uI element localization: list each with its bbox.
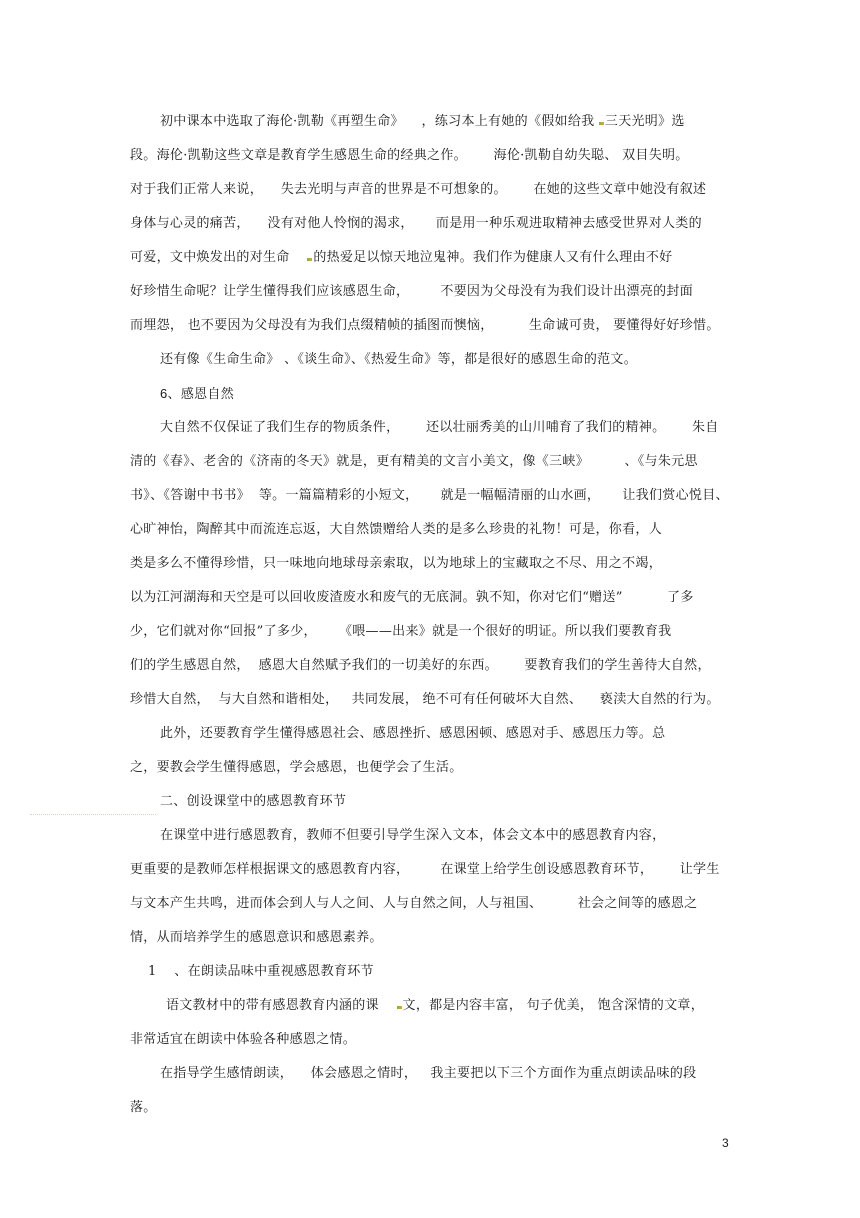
text-line: 好珍惜生命呢？让学生懂得我们应该感恩生命， 不要因为父母没有为我们设计出漂亮的封…: [130, 284, 693, 300]
text-segment: 的热爱足以惊天地泣鬼神。我们作为健康人又有什么理由不好: [313, 250, 672, 265]
text-line: 们的学生感恩自然， 感恩大自然赋予我们的一切美好的东西。 要教育我们的学生善待大…: [130, 658, 711, 674]
subsection-heading: 1 、在朗读品味中重视感恩教育环节: [148, 964, 374, 980]
annotation-mark-icon: [397, 1006, 402, 1009]
text-line: 之，要教会学生懂得感恩，学会感恩，也便学会了生活。: [130, 760, 463, 776]
text-line: 书》、《答谢中书书》 等。一篇篇精彩的小短文， 就是一幅幅清丽的山水画， 让我们…: [130, 488, 729, 504]
annotation-mark-icon: [599, 122, 604, 125]
text-line: 语文教材中的带有感恩教育内涵的课 文，都是内容丰富， 句子优美， 饱含深情的文章…: [166, 998, 704, 1014]
text-line: 类是多么不懂得珍惜，只一味地向地球母亲索取，以为地球上的宝藏取之不尽、用之不竭，: [130, 556, 662, 572]
text-line: 段。海伦·凯勒这些文章是教育学生感恩生命的经典之作。 海伦·凯勒自幼失聪、 双目…: [130, 148, 689, 164]
text-line: 初中课本中选取了海伦·凯勒《再塑生命》 ，练习本上有她的《假如给我 三天光明》选: [160, 114, 685, 130]
text-line: 心旷神怡，陶醉其中而流连忘返，大自然馈赠给人类的是多么珍贵的礼物！可是，你看，人: [130, 522, 662, 538]
text-line: 珍惜大自然， 与大自然和谐相处， 共同发展， 绝不可有任何破坏大自然、 亵渎大自…: [130, 692, 720, 708]
text-line: 大自然不仅保证了我们生存的物质条件， 还以壮丽秀美的山川哺育了我们的精神。 朱自: [160, 420, 719, 436]
text-line: 以为江河湖海和天空是可以回收废渣废水和废气的无底洞。孰不知，你对它们“赠送” 了…: [130, 590, 694, 606]
text-line: 而埋怨， 也不要因为父母没有为我们点缀精帧的插图而懊恼， 生命诚可贵， 要懂得好…: [130, 318, 720, 334]
text-line: 非常适宜在朗读中体验各种感恩之情。: [130, 1032, 356, 1048]
dotted-divider: [30, 814, 156, 815]
text-line: 在课堂中进行感恩教育，教师不但要引导学生深入文本，体会文本中的感恩教育内容，: [160, 828, 665, 844]
text-line: 更重要的是教师怎样根据课文的感恩教育内容， 在课堂上给学生创设感恩教育环节， 让…: [130, 862, 720, 878]
text-line: 少，它们就对你“回报”了多少， 《喂——出来》就是一个很好的明证。所以我们要教育…: [130, 624, 671, 640]
text-line: 在指导学生感情朗读， 体会感恩之情时， 我主要把以下三个方面作为重点朗读品味的段: [160, 1066, 696, 1082]
text-segment: 初中课本中选取了海伦·凯勒《再塑生命》 ，练习本上有她的《假如给我: [160, 114, 599, 129]
text-segment: 可爱，文中焕发出的对生命: [130, 250, 307, 265]
section-heading: 6、感恩自然: [160, 386, 234, 402]
annotation-mark-icon: [307, 258, 312, 261]
text-line: 此外，还要教育学生懂得感恩社会、感恩挫折、感恩困顿、感恩对手、感恩压力等。总: [160, 726, 665, 742]
text-segment: 三天光明》选: [605, 114, 685, 129]
text-line: 对于我们正常人来说， 失去光明与声音的世界是不可想象的。 在她的这些文章中她没有…: [130, 182, 706, 198]
text-line: 落。: [130, 1100, 157, 1116]
section-heading: 二、创设课堂中的感恩教育环节: [160, 794, 346, 810]
page-number: 3: [722, 1136, 729, 1150]
text-line: 还有像《生命生命》 、《谈生命》、《热爱生命》等，都是很好的感恩生命的范文。: [160, 352, 637, 368]
text-line: 与文本产生共鸣，进而体会到人与人之间、人与自然之间，人与祖国、 社会之间等的感恩…: [130, 896, 697, 912]
text-line: 情，从而培养学生的感恩意识和感恩素养。: [130, 930, 383, 946]
text-line: 身体与心灵的痛苦， 没有对他人怜悯的渴求， 而是用一种乐观进取精神去感受世界对人…: [130, 216, 702, 232]
text-line: 可爱，文中焕发出的对生命 的热爱足以惊天地泣鬼神。我们作为健康人又有什么理由不好: [130, 250, 672, 266]
text-segment: 文，都是内容丰富， 句子优美， 饱含深情的文章，: [403, 998, 704, 1013]
text-segment: 语文教材中的带有感恩教育内涵的课: [166, 998, 397, 1013]
text-line: 清的《春》、老舍的《济南的冬天》就是，更有精美的文言小美文，像《三峡》 、《与朱…: [130, 454, 698, 470]
